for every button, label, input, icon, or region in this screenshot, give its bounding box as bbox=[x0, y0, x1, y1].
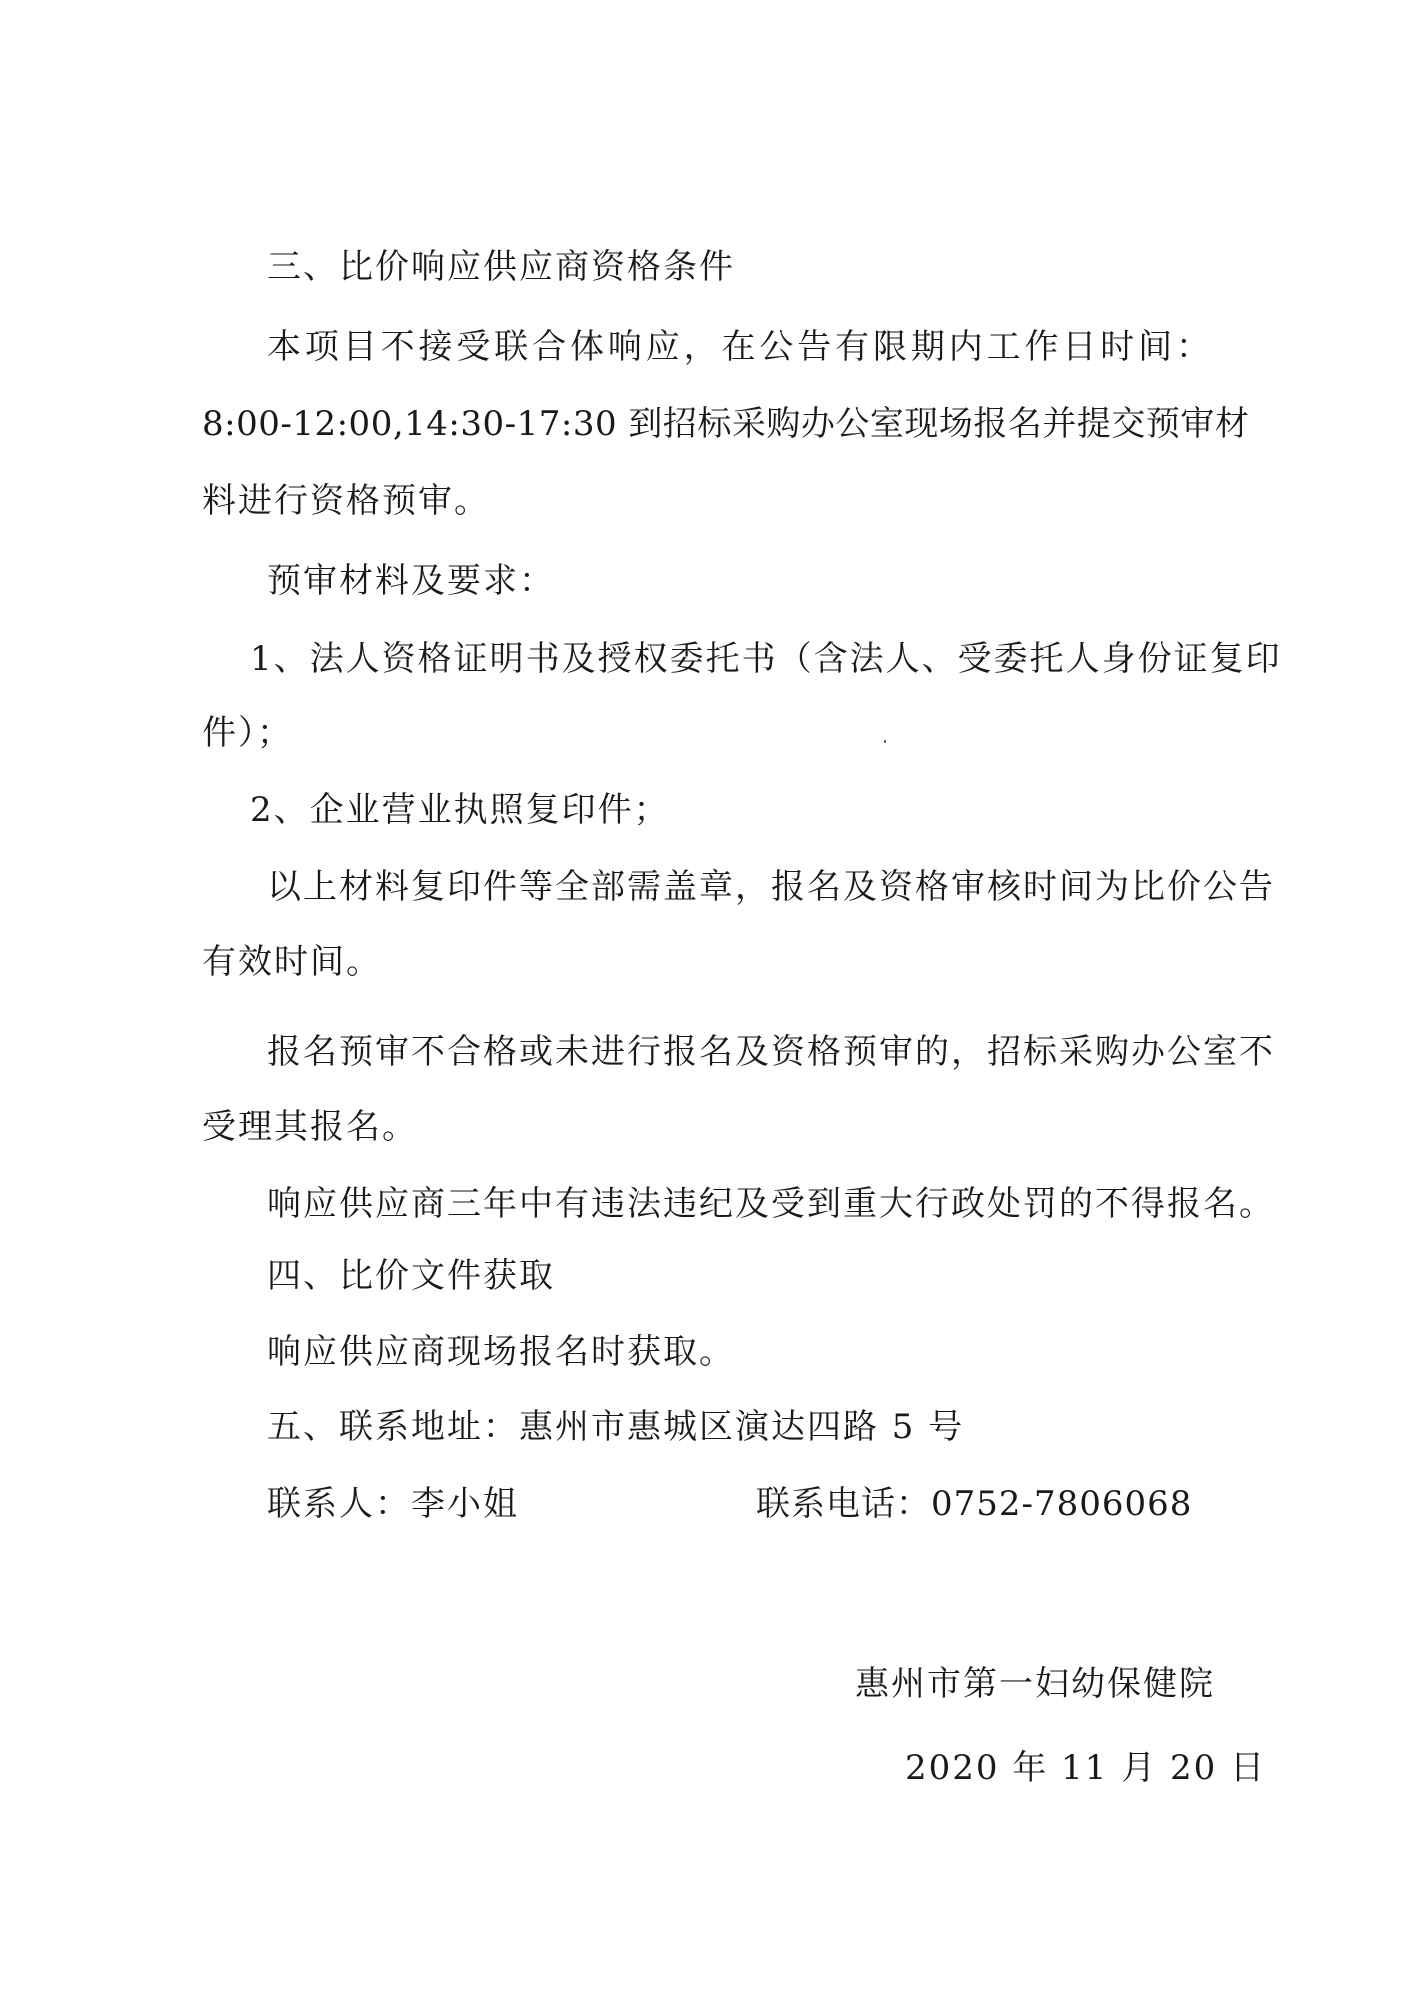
signature-date: 2020 年 11 月 20 日 bbox=[905, 1746, 1266, 1790]
contact-phone: 联系电话：0752-7806068 bbox=[756, 1482, 1192, 1526]
paragraph-1-line-1: 本项目不接受联合体响应，在公告有限期内工作日时间： bbox=[267, 325, 1212, 369]
paragraph-2-line-2: 有效时间。 bbox=[202, 940, 1212, 984]
section-3-heading: 三、比价响应供应商资格条件 bbox=[267, 245, 1212, 289]
document-page: 三、比价响应供应商资格条件 本项目不接受联合体响应，在公告有限期内工作日时间： … bbox=[0, 0, 1414, 2000]
paragraph-3-line-2: 受理其报名。 bbox=[202, 1105, 1212, 1149]
requirement-item-1-line-1: 1、法人资格证明书及授权委托书（含法人、受委托人身份证复印 bbox=[250, 637, 1212, 681]
requirement-item-1-line-2: 件）； bbox=[202, 711, 1212, 755]
section-5-address: 五、联系地址：惠州市惠城区演达四路 5 号 bbox=[267, 1405, 1212, 1449]
materials-heading: 预审材料及要求： bbox=[267, 559, 1212, 603]
scan-speck bbox=[884, 740, 886, 743]
requirement-item-2: 2、企业营业执照复印件； bbox=[250, 788, 1260, 832]
paragraph-2-line-1: 以上材料复印件等全部需盖章，报名及资格审核时间为比价公告 bbox=[267, 865, 1212, 909]
section-4-heading: 四、比价文件获取 bbox=[267, 1254, 1212, 1298]
paragraph-3-line-1: 报名预审不合格或未进行报名及资格预审的，招标采购办公室不 bbox=[267, 1030, 1212, 1074]
signature-organization: 惠州市第一妇幼保健院 bbox=[855, 1662, 1215, 1706]
paragraph-1-line-3: 料进行资格预审。 bbox=[202, 479, 1212, 523]
paragraph-4: 响应供应商三年中有违法违纪及受到重大行政处罚的不得报名。 bbox=[267, 1182, 1212, 1226]
section-4-body: 响应供应商现场报名时获取。 bbox=[267, 1330, 1212, 1374]
paragraph-1-line-2: 8:00-12:00,14:30-17:30 到招标采购办公室现场报名并提交预审… bbox=[202, 402, 1212, 446]
contact-person: 联系人：李小姐 bbox=[267, 1482, 519, 1526]
